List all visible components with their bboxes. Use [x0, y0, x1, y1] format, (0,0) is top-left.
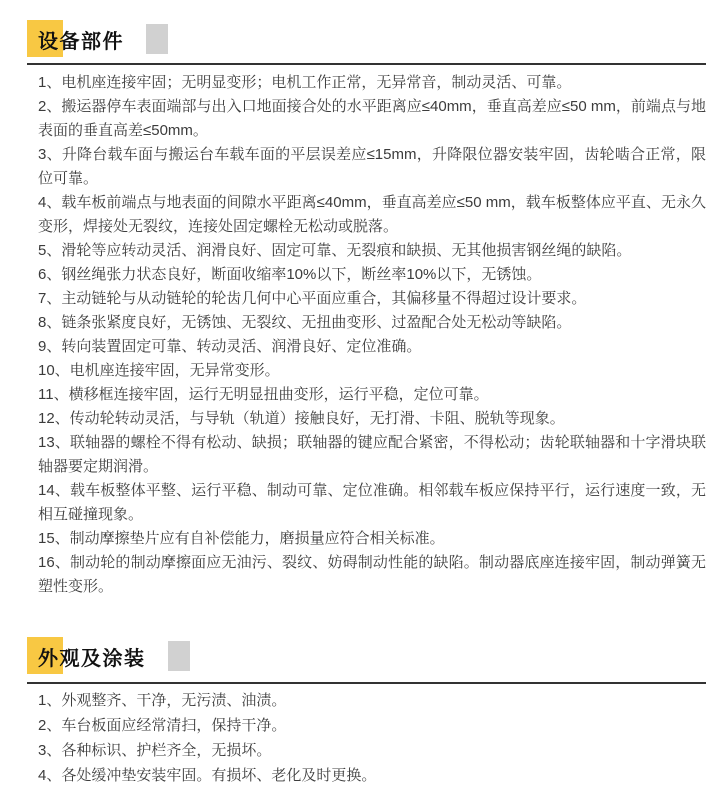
list-item: 10、电机座连接牢固，无异常变形。: [38, 359, 706, 383]
list-item: 1、电机座连接牢固；无明显变形；电机工作正常，无异常音，制动灵活、可靠。: [38, 71, 706, 95]
document-page: 设备部件 1、电机座连接牢固；无明显变形；电机工作正常，无异常音，制动灵活、可靠…: [0, 0, 719, 791]
list-item: 14、载车板整体平整、运行平稳、制动可靠、定位准确。相邻载车板应保持平行，运行速…: [38, 479, 706, 527]
section-title: 设备部件: [38, 25, 124, 54]
list-item: 6、钢丝绳张力状态良好，断面收缩率10%以下，断丝率10%以下，无锈蚀。: [38, 263, 706, 287]
list-item: 5、滑轮等应转动灵活、润滑良好、固定可靠、无裂痕和缺损、无其他损害钢丝绳的缺陷。: [38, 239, 706, 263]
section-header: 设备部件: [27, 20, 719, 58]
list-item: 4、载车板前端点与地表面的间隙水平距离≤40mm，垂直高差应≤50 mm，载车板…: [38, 191, 706, 239]
section-divider: [27, 63, 706, 65]
list-item: 2、搬运器停车表面端部与出入口地面接合处的水平距离应≤40mm，垂直高差应≤50…: [38, 95, 706, 143]
list-item: 12、传动轮转动灵活，与导轨（轨道）接触良好，无打滑、卡阻、脱轨等现象。: [38, 407, 706, 431]
list-item: 16、制动轮的制动摩擦面应无油污、裂纹、妨碍制动性能的缺陷。制动器底座连接牢固，…: [38, 551, 706, 599]
section-title: 外观及涂装: [38, 642, 146, 671]
list-item: 1、外观整齐、干净，无污渍、油渍。: [38, 688, 706, 713]
section-appearance-painting: 外观及涂装 1、外观整齐、干净，无污渍、油渍。2、车台板面应经常清扫，保持干净。…: [0, 637, 719, 788]
inspection-list: 1、外观整齐、干净，无污渍、油渍。2、车台板面应经常清扫，保持干净。3、各种标识…: [38, 688, 706, 788]
list-item: 3、各种标识、护栏齐全，无损坏。: [38, 738, 706, 763]
list-item: 2、车台板面应经常清扫，保持干净。: [38, 713, 706, 738]
list-item: 9、转向装置固定可靠、转动灵活、润滑良好、定位准确。: [38, 335, 706, 359]
inspection-list: 1、电机座连接牢固；无明显变形；电机工作正常，无异常音，制动灵活、可靠。2、搬运…: [38, 71, 706, 599]
gray-marker-block: [168, 641, 190, 671]
list-item: 4、各处缓冲垫安装牢固。有损坏、老化及时更换。: [38, 763, 706, 788]
section-divider: [27, 682, 706, 684]
list-item: 7、主动链轮与从动链轮的轮齿几何中心平面应重合，其偏移量不得超过设计要求。: [38, 287, 706, 311]
list-item: 15、制动摩擦垫片应有自补偿能力，磨损量应符合相关标准。: [38, 527, 706, 551]
section-header: 外观及涂装: [27, 637, 719, 675]
list-item: 11、横移框连接牢固，运行无明显扭曲变形，运行平稳，定位可靠。: [38, 383, 706, 407]
section-equipment-parts: 设备部件 1、电机座连接牢固；无明显变形；电机工作正常，无异常音，制动灵活、可靠…: [0, 20, 719, 599]
list-item: 8、链条张紧度良好，无锈蚀、无裂纹、无扭曲变形、过盈配合处无松动等缺陷。: [38, 311, 706, 335]
list-item: 13、联轴器的螺栓不得有松动、缺损；联轴器的键应配合紧密，不得松动；齿轮联轴器和…: [38, 431, 706, 479]
gray-marker-block: [146, 24, 168, 54]
list-item: 3、升降台载车面与搬运台车载车面的平层误差应≤15mm，升降限位器安装牢固，齿轮…: [38, 143, 706, 191]
